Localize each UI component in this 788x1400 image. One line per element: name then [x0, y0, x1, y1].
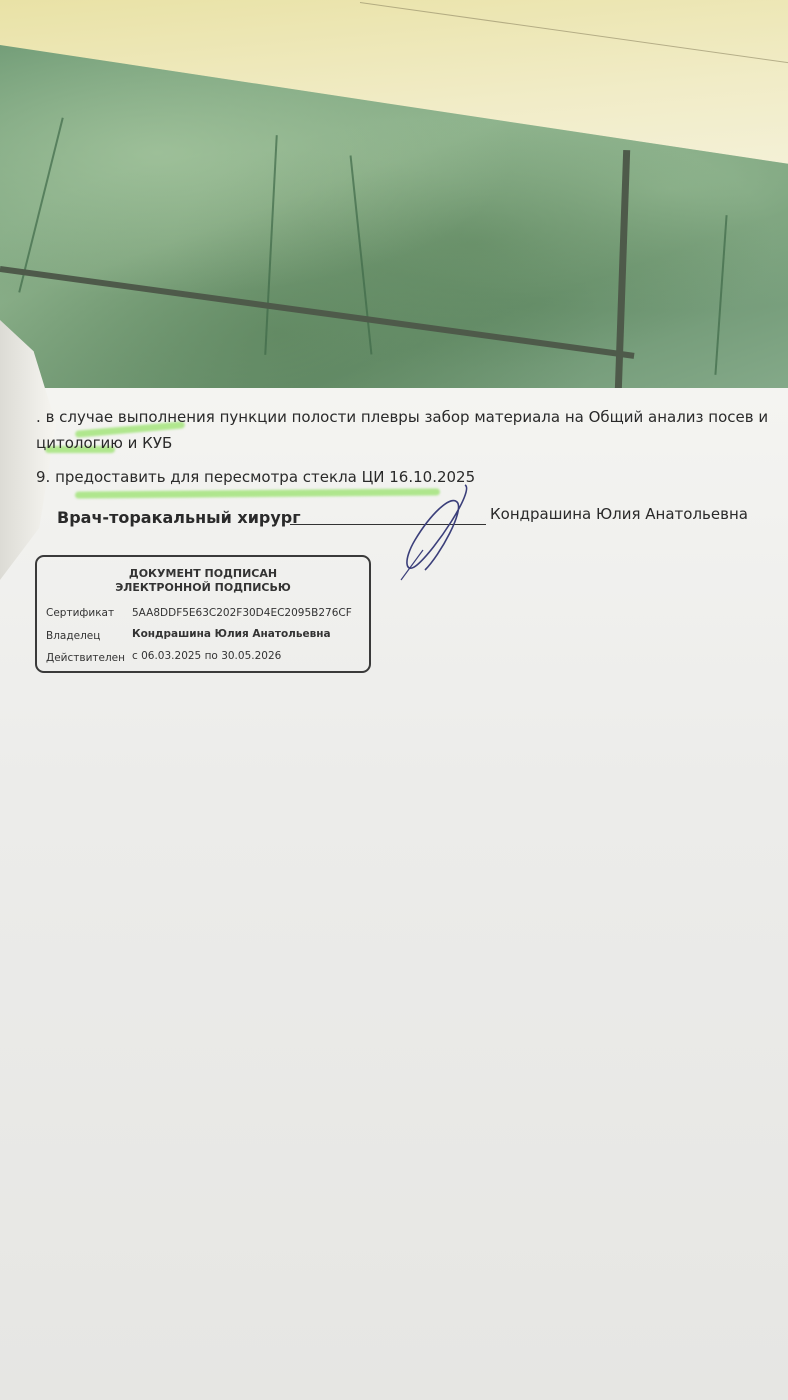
handwritten-signature-icon: [395, 480, 475, 585]
valid-value: с 06.03.2025 по 30.05.2026: [132, 650, 281, 662]
tile-vein: [18, 117, 63, 292]
tile-vein: [714, 215, 727, 375]
e-signature-stamp: ДОКУМЕНТ ПОДПИСАНЭЛЕКТРОННОЙ ПОДПИСЬЮ Се…: [35, 555, 371, 673]
owner-label: Владелец: [46, 630, 100, 642]
signer-name: Кондрашина Юлия Анатольевна: [490, 505, 748, 523]
certificate-label: Сертификат: [46, 607, 114, 619]
certificate-value: 5AA8DDF5E63C202F30D4EC2095B276CF: [132, 607, 352, 619]
item-8-line-1: . в случае выполнения пункции полости пл…: [36, 408, 768, 426]
tile-vein: [350, 155, 372, 354]
owner-value: Кондрашина Юлия Анатольевна: [132, 628, 331, 640]
valid-label: Действителен: [46, 652, 125, 664]
signer-role: Врач-торакальный хирург: [57, 508, 301, 527]
tile-vein: [264, 135, 277, 355]
stamp-title: ДОКУМЕНТ ПОДПИСАНЭЛЕКТРОННОЙ ПОДПИСЬЮ: [37, 567, 369, 595]
document-page: [0, 388, 788, 1400]
sill-crack: [360, 2, 788, 64]
item-8-line-2: цитологию и КУБ: [36, 434, 172, 452]
